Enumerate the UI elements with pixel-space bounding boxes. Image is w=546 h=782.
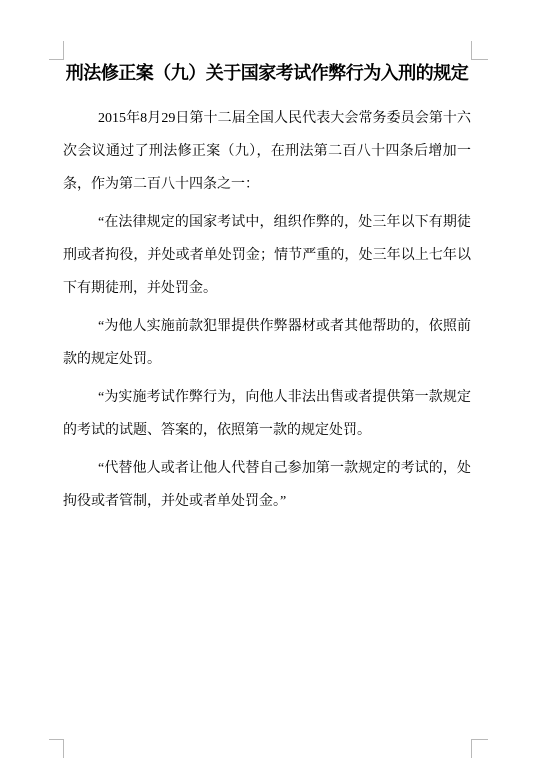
- document-page: 刑法修正案（九）关于国家考试作弊行为入刑的规定 2015年8月29日第十二届全国…: [0, 0, 546, 782]
- crop-mark-top-left-icon: [49, 41, 64, 60]
- crop-mark-bottom-left-icon: [49, 739, 64, 758]
- document-text-area: 刑法修正案（九）关于国家考试作弊行为入刑的规定 2015年8月29日第十二届全国…: [63, 59, 471, 523]
- crop-mark-bottom-right-icon: [471, 739, 488, 758]
- paragraph-clause-2: “为他人实施前款犯罪提供作弊器材或者其他帮助的，依照前款的规定处罚。: [63, 310, 471, 376]
- paragraph-intro: 2015年8月29日第十二届全国人民代表大会常务委员会第十六次会议通过了刑法修正…: [63, 102, 471, 201]
- paragraph-clause-4: “代替他人或者让他人代替自己参加第一款规定的考试的，处拘役或者管制，并处或者单处…: [63, 452, 471, 518]
- paragraph-clause-1: “在法律规定的国家考试中，组织作弊的，处三年以下有期徒刑或者拘役，并处或者单处罚…: [63, 206, 471, 305]
- document-title: 刑法修正案（九）关于国家考试作弊行为入刑的规定: [63, 59, 471, 87]
- paragraph-clause-3: “为实施考试作弊行为，向他人非法出售或者提供第一款规定的考试的试题、答案的，依照…: [63, 381, 471, 447]
- crop-mark-top-right-icon: [471, 41, 488, 60]
